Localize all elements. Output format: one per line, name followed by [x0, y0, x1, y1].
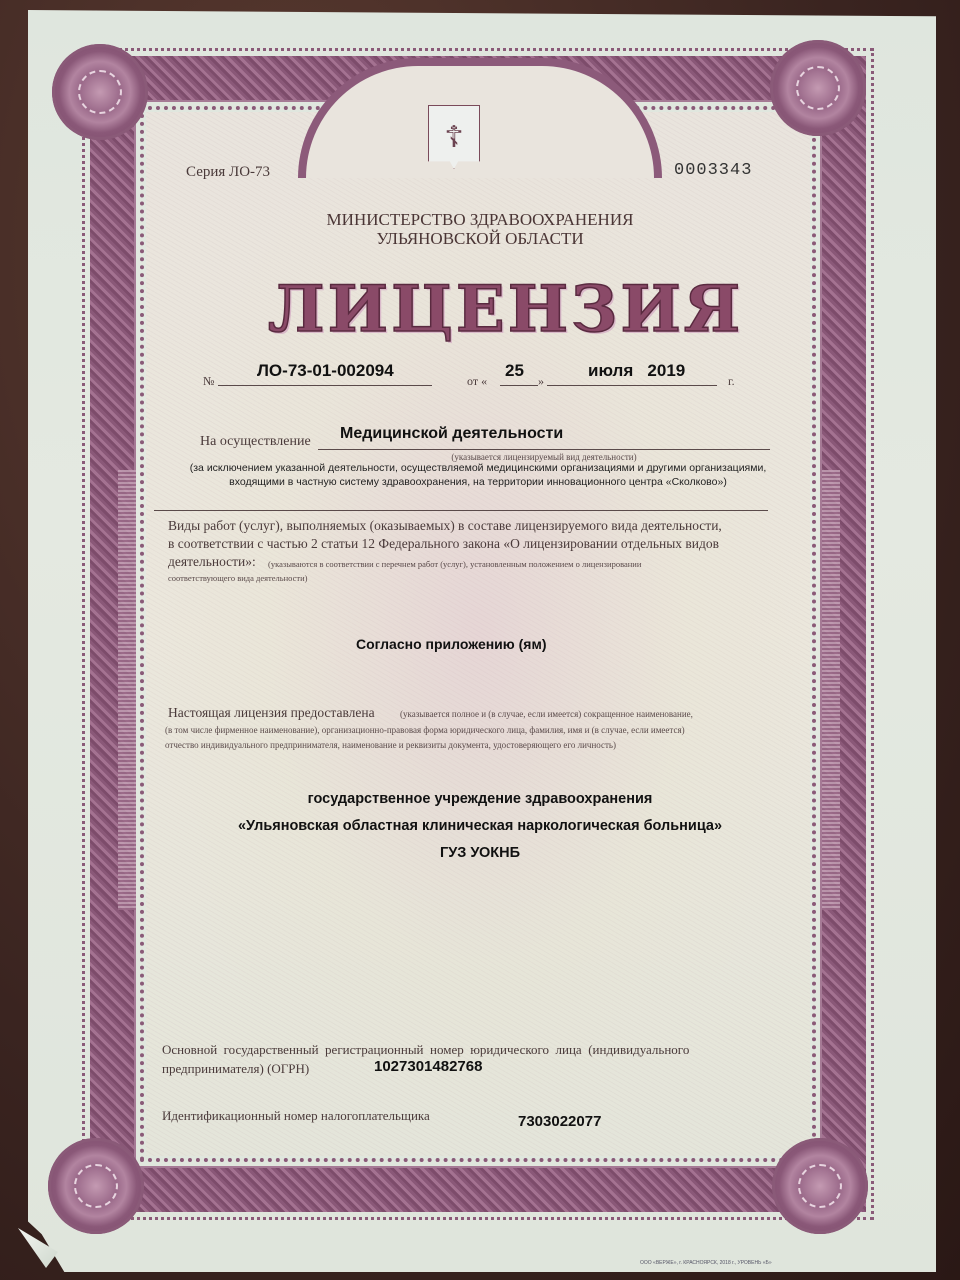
section-divider	[154, 510, 768, 511]
works-value: Согласно приложению (ям)	[356, 636, 546, 652]
ogrn-value: 1027301482768	[374, 1058, 482, 1075]
rosette-bottom-right-icon	[772, 1138, 868, 1234]
document-title: ЛИЦЕНЗИЯ	[268, 272, 688, 347]
grantee-short-name: ГУЗ УОКНБ	[150, 845, 810, 861]
right-side-ribbon	[822, 470, 840, 910]
inn-label: Идентификационный номер налогоплательщик…	[162, 1108, 430, 1124]
works-note-2: соответствующего вида деятельности)	[168, 573, 307, 583]
series-label: Серия ЛО-73	[186, 164, 270, 181]
rosette-top-right-icon	[770, 40, 866, 136]
ogrn-label-line-1: Основной государственный регистрационный…	[162, 1042, 689, 1058]
inn-value: 7303022077	[518, 1113, 601, 1130]
grantee-label: Настоящая лицензия предоставлена	[168, 705, 375, 721]
ministry-line-2: УЛЬЯНОВСКОЙ ОБЛАСТИ	[180, 229, 780, 249]
activity-label: На осуществление	[200, 434, 311, 450]
works-line-2: в соответствии с частью 2 статьи 12 Феде…	[168, 536, 719, 552]
printer-imprint: ООО «ВЕРЖЕ», г. КРАСНОЯРСК, 2018 г., УРО…	[640, 1260, 772, 1266]
ministry-line-1: МИНИСТЕРСТВО ЗДРАВООХРАНЕНИЯ	[180, 210, 780, 230]
guilloche-field	[146, 112, 810, 1156]
ogrn-label-line-2: предпринимателя) (ОГРН)	[162, 1061, 309, 1077]
license-number: ЛО-73-01-002094	[257, 361, 394, 381]
serial-number: 0003343	[674, 161, 752, 180]
grantee-note-2: (в том числе фирменное наименование), ор…	[165, 725, 685, 735]
coat-of-arms-icon: ☦	[428, 105, 480, 169]
grantee-name-line-1: государственное учреждение здравоохранен…	[150, 791, 810, 807]
date-prefix: от «	[467, 374, 487, 389]
grantee-note-3: отчество индивидуального предпринимателя…	[165, 740, 616, 750]
works-line-3: деятельности»:	[168, 554, 256, 570]
date-suffix: г.	[728, 374, 735, 389]
activity-underline	[318, 449, 770, 450]
rosette-top-left-icon	[52, 44, 148, 140]
license-month-year: июля 2019	[588, 361, 685, 381]
number-sign: №	[203, 374, 214, 389]
number-underline	[218, 385, 432, 386]
activity-exception-line-1: (за исключением указанной деятельности, …	[150, 462, 806, 474]
works-line-1: Виды работ (услуг), выполняемых (оказыва…	[168, 518, 722, 534]
works-note-1: (указываются в соответствии с перечнем р…	[268, 559, 641, 569]
activity-value: Медицинской деятельности	[340, 425, 563, 443]
left-side-ribbon	[118, 470, 136, 910]
activity-exception-line-2: входящими в частную систему здравоохране…	[150, 476, 806, 488]
rosette-bottom-left-icon	[48, 1138, 144, 1234]
activity-caption: (указывается лицензируемый вид деятельно…	[318, 452, 770, 462]
license-day: 25	[505, 361, 524, 381]
day-underline	[500, 385, 538, 386]
grantee-name-line-2: «Ульяновская областная клиническая нарко…	[150, 818, 810, 834]
month-underline	[547, 385, 717, 386]
grantee-note-1: (указывается полное и (в случае, если им…	[400, 709, 693, 719]
date-mid: »	[538, 374, 544, 389]
